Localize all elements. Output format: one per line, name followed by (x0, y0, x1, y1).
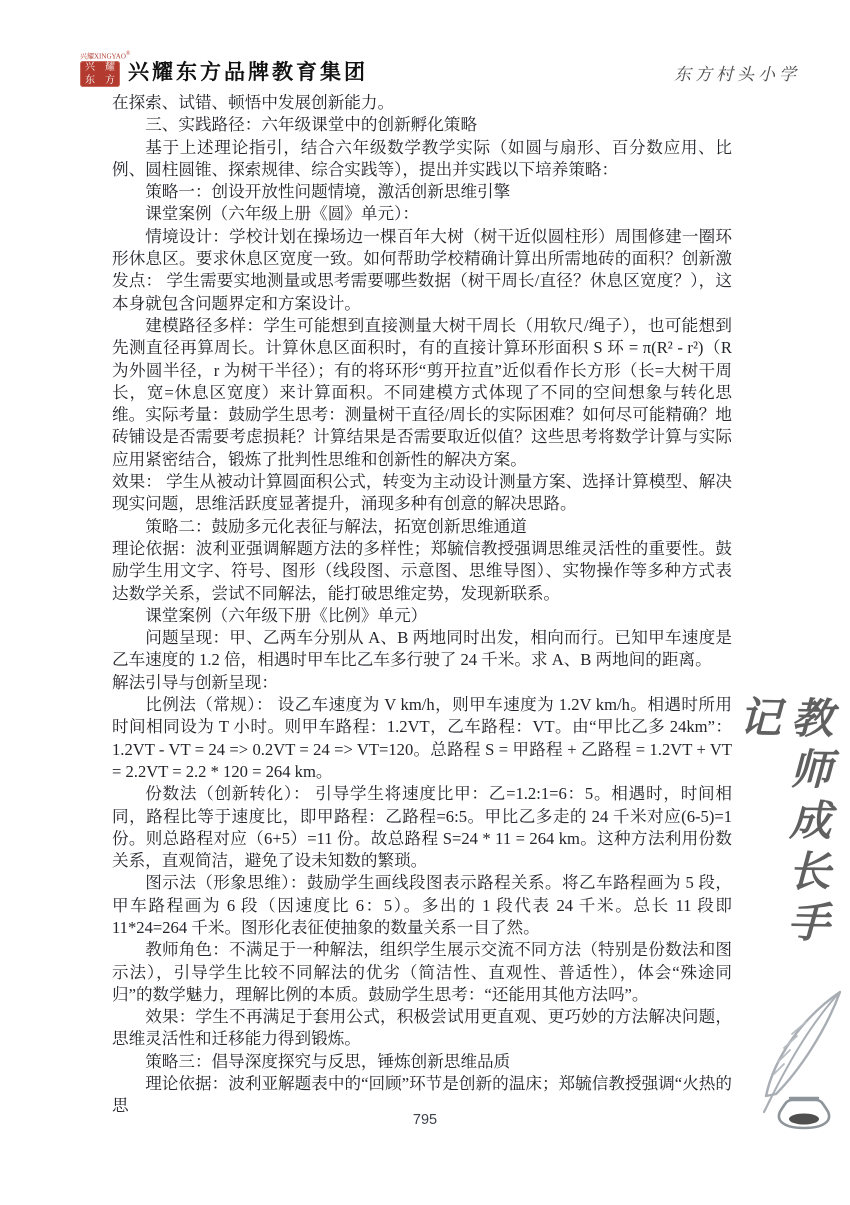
document-page: 兴耀XINGYAO® 兴 耀 东 方 兴耀东方品牌教育集团 东方村头小学 在探索… (0, 0, 850, 1205)
company-name: 兴耀东方品牌教育集团 (128, 56, 368, 86)
paragraph: 策略二：鼓励多元化表征与解法，拓宽创新思维通道 (112, 516, 732, 538)
paragraph: 效果：学生不再满足于套用公式，积极尝试用更直观、更巧妙的方法解决问题，思维灵活性… (112, 1006, 732, 1051)
paragraph: 课堂案例（六年级下册《比例》单元） (112, 605, 732, 627)
paragraph: 在探索、试错、顿悟中发展创新能力。 (112, 92, 732, 114)
page-header: 兴耀XINGYAO® 兴 耀 东 方 兴耀东方品牌教育集团 东方村头小学 (0, 0, 850, 92)
paragraph: 解法引导与创新呈现： (112, 672, 732, 694)
document-body: 在探索、试错、顿悟中发展创新能力。 三、实践路径：六年级课堂中的创新孵化策略 基… (112, 92, 732, 1118)
brand-logo: 兴耀XINGYAO® 兴 耀 东 方 (80, 50, 124, 87)
paragraph: 问题呈现：甲、乙两车分别从 A、B 两地同时出发，相向而行。已知甲车速度是乙车速… (112, 627, 732, 672)
school-name: 东方村头小学 (674, 60, 800, 85)
brand-logo-name: 兴耀XINGYAO (80, 52, 126, 60)
paragraph: 策略一：创设开放性问题情境，激活创新思维引擎 (112, 181, 732, 203)
paragraph: 比例法（常规）： 设乙车速度为 V km/h，则甲车速度为 1.2V km/h。… (112, 694, 732, 783)
paragraph: 策略三：倡导深度探究与反思，锤炼创新思维品质 (112, 1051, 732, 1073)
paragraph: 份数法（创新转化）： 引导学生将速度比甲：乙=1.2:1=6：5。相遇时，时间相… (112, 783, 732, 872)
paragraph: 三、实践路径：六年级课堂中的创新孵化策略 (112, 114, 732, 136)
brand-seal-icon: 兴 耀 东 方 (80, 61, 120, 87)
paragraph: 理论依据：波利亚强调解题方法的多样性；郑毓信教授强调思维灵活性的重要性。鼓励学生… (112, 538, 732, 605)
page-number: 795 (0, 1112, 850, 1128)
brand-logo-top-text: 兴耀XINGYAO® (80, 50, 124, 60)
paragraph: 基于上述理论指引，结合六年级数学教学实际（如圆与扇形、百分数应用、比例、圆柱圆锥… (112, 137, 732, 182)
margin-calligraphy-title: 教师成长手记 (777, 696, 834, 997)
paragraph: 建模路径多样：学生可能想到直接测量大树干周长（用软尺/绳子），也可能想到先测直径… (112, 315, 732, 471)
paragraph: 理论依据：波利亚解题表中的“回顾”环节是创新的温床；郑毓信教授强调“火热的思 (112, 1073, 732, 1118)
paragraph: 情境设计：学校计划在操场边一棵百年大树（树干近似圆柱形）周围修建一圈环形休息区。… (112, 226, 732, 315)
paragraph: 效果： 学生从被动计算圆面积公式，转变为主动设计测量方案、选择计算模型、解决现实… (112, 471, 732, 516)
paragraph: 教师角色：不满足于一种解法，组织学生展示交流不同方法（特别是份数法和图示法），引… (112, 939, 732, 1006)
paragraph: 课堂案例（六年级上册《圆》单元）： (112, 203, 732, 225)
paragraph: 图示法（形象思维）：鼓励学生画线段图表示路程关系。将乙车路程画为 5 段，甲车路… (112, 872, 732, 939)
